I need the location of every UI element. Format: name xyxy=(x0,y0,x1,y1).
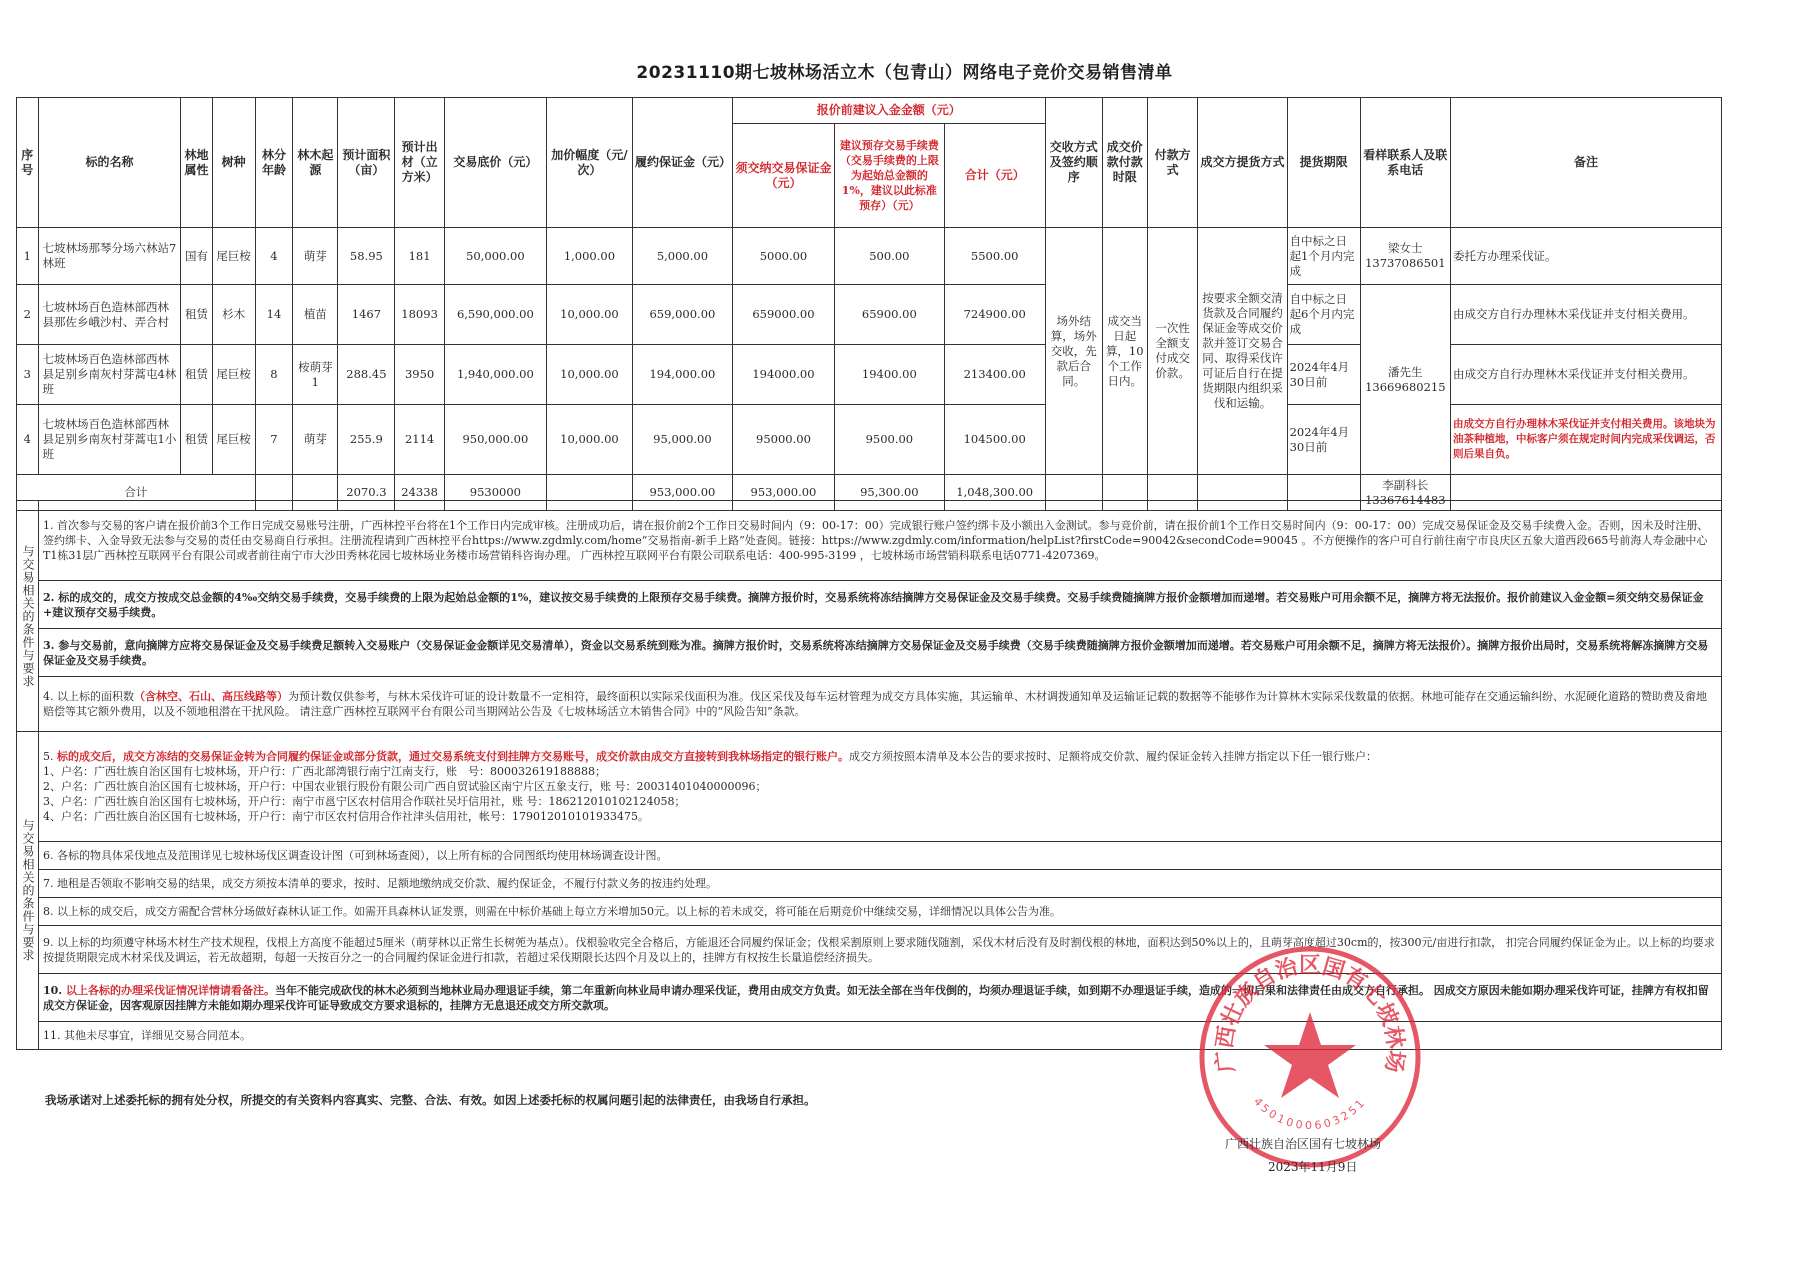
header-pickup-deadline: 提货期限 xyxy=(1287,98,1360,228)
term-prefix: 4. 以上标的面积数 xyxy=(43,690,134,703)
cell-seq: 3 xyxy=(17,345,39,405)
term-item-4: 4. 以上标的面积数（含林空、石山、高压线路等）为预计数仅供参考，与林木采伐许可… xyxy=(39,677,1722,732)
cell-volume: 2114 xyxy=(395,405,444,475)
issuer-name: 广西壮族自治区国有七坡林场 xyxy=(1225,1135,1381,1152)
term-item: 11. 其他未尽事宜，详细见交易合同范本。 xyxy=(17,1022,1722,1050)
cell-land-type: 租赁 xyxy=(181,345,212,405)
header-seq: 序号 xyxy=(17,98,39,228)
term-text: 当年不能完成砍伐的林木必须到当地林业局办理退证手续，第二年重新向林业局申请办理采… xyxy=(43,984,1709,1012)
table-row: 4 七坡林场百色造林部西林县足别乡南灰村芽蒿屯1小班 租赁 尾巨桉 7 萌芽 2… xyxy=(17,405,1722,475)
cell-increment: 10,000.00 xyxy=(546,405,632,475)
header-area: 预计面积（亩） xyxy=(338,98,395,228)
header-contact: 看样联系人及联系电话 xyxy=(1360,98,1450,228)
cell-area: 255.9 xyxy=(338,405,395,475)
cell-volume: 181 xyxy=(395,228,444,285)
term-text: 1. 首次参与交易的客户请在报价前3个工作日完成交易账号注册，广西林控平台将在1… xyxy=(39,501,1722,581)
table-row: 1 七坡林场那琴分场六林站7林班 国有 尾巨桉 4 萌芽 58.95 181 5… xyxy=(17,228,1722,285)
cell-deposit: 95000.00 xyxy=(732,405,834,475)
header-age: 林分年龄 xyxy=(255,98,293,228)
cell-total: 724900.00 xyxy=(944,285,1045,345)
cell-fee: 65900.00 xyxy=(835,285,945,345)
term-item: 与交易相关的条件与要求 5. 标的成交后，成交方冻结的交易保证金转为合同履约保证… xyxy=(17,732,1722,842)
header-name: 标的名称 xyxy=(38,98,181,228)
term-highlight: 以上各标的办理采伐证情况详情请看备注。 xyxy=(66,984,275,997)
cell-seq: 1 xyxy=(17,228,39,285)
term-text: 为预计数仅供参考，与林木采伐许可证的设计数量不一定相符，最终面积以实际采伐面积为… xyxy=(43,690,1707,718)
header-origin: 林木起源 xyxy=(293,98,338,228)
term-item-10: 10. 以上各标的办理采伐证情况详情请看备注。当年不能完成砍伐的林木必须到当地林… xyxy=(39,974,1722,1022)
cell-origin: 植苗 xyxy=(293,285,338,345)
header-pickup-method: 成交方提货方式 xyxy=(1198,98,1287,228)
cell-deposit: 5000.00 xyxy=(732,228,834,285)
term-item: 4. 以上标的面积数（含林空、石山、高压线路等）为预计数仅供参考，与林木采伐许可… xyxy=(17,677,1722,732)
cell-fee: 19400.00 xyxy=(835,345,945,405)
cell-species: 尾巨桉 xyxy=(212,345,255,405)
bank-account: 1、户名：广西壮族自治区国有七坡林场，开户行：广西北部湾银行南宁江南支行，账 号… xyxy=(43,764,1717,779)
cell-seq: 2 xyxy=(17,285,39,345)
cell-base-price: 1,940,000.00 xyxy=(444,345,546,405)
term-item: 3. 参与交易前，意向摘牌方应将交易保证金及交易手续费足额转入交易账户（交易保证… xyxy=(17,629,1722,677)
cell-origin: 萌芽 xyxy=(293,405,338,475)
term-text: 9. 以上标的均须遵守林场木材生产技术规程，伐根上方高度不能超过5厘米（萌芽林以… xyxy=(39,926,1722,974)
cell-volume: 3950 xyxy=(395,345,444,405)
header-total: 合计（元） xyxy=(944,124,1045,228)
cell-area: 288.45 xyxy=(338,345,395,405)
cell-name: 七坡林场那琴分场六林站7林班 xyxy=(38,228,181,285)
cell-pickup-deadline: 2024年4月30日前 xyxy=(1287,345,1360,405)
term-item: 与交易相关的条件与要求 1. 首次参与交易的客户请在报价前3个工作日完成交易账号… xyxy=(17,501,1722,581)
cell-species: 尾巨桉 xyxy=(212,228,255,285)
terms-table: 与交易相关的条件与要求 1. 首次参与交易的客户请在报价前3个工作日完成交易账号… xyxy=(16,500,1722,1050)
cell-seq: 4 xyxy=(17,405,39,475)
cell-increment: 10,000.00 xyxy=(546,345,632,405)
cell-fee: 500.00 xyxy=(835,228,945,285)
term-item: 7. 地租是否领取不影响交易的结果，成交方须按本清单的要求，按时、足额地缴纳成交… xyxy=(17,870,1722,898)
header-delivery-order: 交收方式及签约顺序 xyxy=(1045,98,1102,228)
cell-age: 7 xyxy=(255,405,293,475)
term-highlight: （含林空、石山、高压线路等） xyxy=(134,690,288,703)
header-deposit-group: 报价前建议入金金额（元） xyxy=(732,98,1045,124)
term-text: 2. 标的成交的，成交方按成交总金额的4‰交纳交易手续费，交易手续费的上限为起始… xyxy=(39,581,1722,629)
cell-performance-bond: 5,000.00 xyxy=(632,228,732,285)
term-text: 成交方须按照本清单及本公告的要求按时、足额将成交价款、履约保证金转入挂牌方指定以… xyxy=(849,750,1377,763)
header-remarks: 备注 xyxy=(1450,98,1721,228)
cell-payment-method: 一次性全额支付成交价款。 xyxy=(1147,228,1198,475)
header-increment: 加价幅度（元/次） xyxy=(546,98,632,228)
header-payment-method: 付款方式 xyxy=(1147,98,1198,228)
cell-land-type: 租赁 xyxy=(181,285,212,345)
cell-performance-bond: 194,000.00 xyxy=(632,345,732,405)
cell-total: 104500.00 xyxy=(944,405,1045,475)
cell-age: 4 xyxy=(255,228,293,285)
header-base-price: 交易底价（元） xyxy=(444,98,546,228)
header-fee: 建议预存交易手续费（交易手续费的上限为起始总金额的1%，建议以此标准预存）（元） xyxy=(835,124,945,228)
terms-side-label: 与交易相关的条件与要求 xyxy=(17,732,39,1050)
cell-land-type: 租赁 xyxy=(181,405,212,475)
term-text: 8. 以上标的成交后，成交方需配合营林分场做好森林认证工作。如需开具森林认证发票… xyxy=(39,898,1722,926)
cell-base-price: 50,000.00 xyxy=(444,228,546,285)
cell-pickup-deadline: 2024年4月30日前 xyxy=(1287,405,1360,475)
cell-pickup-deadline: 自中标之日起6个月内完成 xyxy=(1287,285,1360,345)
cell-deposit: 194000.00 xyxy=(732,345,834,405)
cell-remarks: 由成交方自行办理林木采伐证并支付相关费用。 xyxy=(1450,345,1721,405)
cell-land-type: 国有 xyxy=(181,228,212,285)
cell-age: 8 xyxy=(255,345,293,405)
cell-age: 14 xyxy=(255,285,293,345)
cell-area: 1467 xyxy=(338,285,395,345)
term-item-5: 5. 标的成交后，成交方冻结的交易保证金转为合同履约保证金或部分货款，通过交易系… xyxy=(39,732,1722,842)
header-land-type: 林地属性 xyxy=(181,98,212,228)
header-deposit: 须交纳交易保证金（元） xyxy=(732,124,834,228)
cell-species: 尾巨桉 xyxy=(212,405,255,475)
header-volume: 预计出材（立方米） xyxy=(395,98,444,228)
cell-name: 七坡林场百色造林部西林县那佐乡峨沙村、弄合村 xyxy=(38,285,181,345)
cell-name: 七坡林场百色造林部西林县足别乡南灰村芽蒿屯1小班 xyxy=(38,405,181,475)
bank-account: 4、户名：广西壮族自治区国有七坡林场，开户行：南宁市区农村信用合作社津头信用社，… xyxy=(43,809,1717,824)
table-row: 2 七坡林场百色造林部西林县那佐乡峨沙村、弄合村 租赁 杉木 14 植苗 146… xyxy=(17,285,1722,345)
cell-base-price: 950,000.00 xyxy=(444,405,546,475)
term-text: 3. 参与交易前，意向摘牌方应将交易保证金及交易手续费足额转入交易账户（交易保证… xyxy=(39,629,1722,677)
table-row: 3 七坡林场百色造林部西林县足别乡南灰村芽蒿屯4林班 租赁 尾巨桉 8 桉萌芽1… xyxy=(17,345,1722,405)
term-item: 8. 以上标的成交后，成交方需配合营林分场做好森林认证工作。如需开具森林认证发票… xyxy=(17,898,1722,926)
cell-name: 七坡林场百色造林部西林县足别乡南灰村芽蒿屯4林班 xyxy=(38,345,181,405)
header-performance-bond: 履约保证金（元） xyxy=(632,98,732,228)
bank-account: 3、户名：广西壮族自治区国有七坡林场，开户行：南宁市邕宁区农村信用合作联社吴圩信… xyxy=(43,794,1717,809)
term-prefix: 10. xyxy=(43,984,66,997)
term-item: 2. 标的成交的，成交方按成交总金额的4‰交纳交易手续费，交易手续费的上限为起始… xyxy=(17,581,1722,629)
svg-text:4501000603251: 4501000603251 xyxy=(1251,1095,1369,1132)
term-prefix: 5. xyxy=(43,750,57,763)
cell-increment: 1,000.00 xyxy=(546,228,632,285)
term-text: 11. 其他未尽事宜，详细见交易合同范本。 xyxy=(39,1022,1722,1050)
document-title: 20231110期七坡林场活立木（包青山）网络电子竞价交易销售清单 xyxy=(0,58,1809,83)
term-item: 10. 以上各标的办理采伐证情况详情请看备注。当年不能完成砍伐的林木必须到当地林… xyxy=(17,974,1722,1022)
cell-remarks: 由成交方自行办理林木采伐证并支付相关费用。 xyxy=(1450,285,1721,345)
cell-total: 5500.00 xyxy=(944,228,1045,285)
term-text: 6. 各标的物具体采伐地点及范围详见七坡林场伐区调查设计图（可到林场查阅），以上… xyxy=(39,842,1722,870)
terms-side-label: 与交易相关的条件与要求 xyxy=(17,501,39,732)
cell-fee: 9500.00 xyxy=(835,405,945,475)
sales-list-table: 序号 标的名称 林地属性 树种 林分年龄 林木起源 预计面积（亩） 预计出材（立… xyxy=(16,97,1722,511)
cell-remarks: 委托方办理采伐证。 xyxy=(1450,228,1721,285)
cell-remarks: 由成交方自行办理林木采伐证并支付相关费用。该地块为油茶种植地，中标客户须在规定时… xyxy=(1450,405,1721,475)
cell-payment-deadline: 成交当日起算，10个工作日内。 xyxy=(1102,228,1147,475)
cell-origin: 萌芽 xyxy=(293,228,338,285)
header-species: 树种 xyxy=(212,98,255,228)
cell-area: 58.95 xyxy=(338,228,395,285)
term-highlight: 标的成交后，成交方冻结的交易保证金转为合同履约保证金或部分货款，通过交易系统支付… xyxy=(57,750,849,763)
pledge-statement: 我场承诺对上述委托标的拥有处分权，所提交的有关资料内容真实、完整、合法、有效。如… xyxy=(45,1092,816,1108)
term-item: 6. 各标的物具体采伐地点及范围详见七坡林场伐区调查设计图（可到林场查阅），以上… xyxy=(17,842,1722,870)
header-payment-deadline: 成交价款付款时限 xyxy=(1102,98,1147,228)
cell-deposit: 659000.00 xyxy=(732,285,834,345)
term-text: 7. 地租是否领取不影响交易的结果，成交方须按本清单的要求，按时、足额地缴纳成交… xyxy=(39,870,1722,898)
cell-performance-bond: 95,000.00 xyxy=(632,405,732,475)
cell-species: 杉木 xyxy=(212,285,255,345)
cell-contact: 潘先生 13669680215 xyxy=(1360,285,1450,475)
cell-total: 213400.00 xyxy=(944,345,1045,405)
cell-pickup-deadline: 自中标之日起1个月内完成 xyxy=(1287,228,1360,285)
bank-account: 2、户名：广西壮族自治区国有七坡林场，开户行：中国农业银行股份有限公司广西自贸试… xyxy=(43,779,1717,794)
cell-volume: 18093 xyxy=(395,285,444,345)
cell-base-price: 6,590,000.00 xyxy=(444,285,546,345)
cell-performance-bond: 659,000.00 xyxy=(632,285,732,345)
cell-contact: 梁女士 13737086501 xyxy=(1360,228,1450,285)
term-item: 9. 以上标的均须遵守林场木材生产技术规程，伐根上方高度不能超过5厘米（萌芽林以… xyxy=(17,926,1722,974)
cell-delivery-order: 场外结算，场外交收，先款后合同。 xyxy=(1045,228,1102,475)
cell-increment: 10,000.00 xyxy=(546,285,632,345)
cell-pickup-method: 按要求全额交清货款及合同履约保证金等成交价款并签订交易合同、取得采伐许可证后自行… xyxy=(1198,228,1287,475)
issue-date: 2023年11月9日 xyxy=(1268,1158,1357,1175)
cell-origin: 桉萌芽1 xyxy=(293,345,338,405)
